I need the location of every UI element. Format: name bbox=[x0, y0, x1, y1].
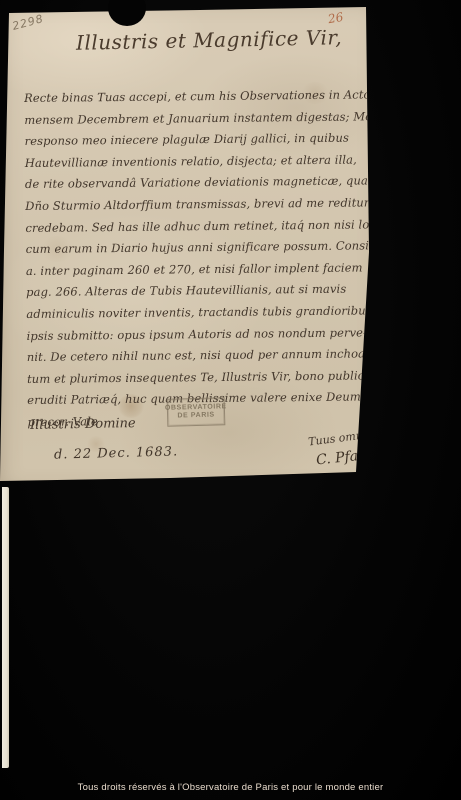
archive-photograph: 2298 26 Illustris et Magnifice Vir, Rect… bbox=[0, 0, 461, 800]
manuscript-line: nit. De cetero nihil nunc est, nisi quod… bbox=[27, 344, 363, 369]
archival-number: 2298 bbox=[11, 12, 45, 33]
manuscript-line: adminiculis noviter inventis, tractandis… bbox=[26, 300, 362, 325]
adjacent-page-edge bbox=[2, 487, 9, 768]
salutation: Illustris et Magnifice Vir, bbox=[76, 25, 343, 55]
manuscript-line: Dño Sturmio Altdorffium transmissas, bre… bbox=[25, 192, 361, 217]
signature: C. Pfautz. bbox=[315, 445, 385, 468]
copyright-caption: Tous droits réservés à l'Observatoire de… bbox=[0, 782, 461, 793]
date-line: d. 22 Dec. 1683. bbox=[54, 444, 178, 462]
stamp-text-line: DE PARIS bbox=[177, 412, 215, 421]
observatoire-de-paris-stamp: OBSERVATOIRE DE PARIS bbox=[167, 397, 226, 427]
closing-address: Illustris Domine bbox=[30, 416, 136, 433]
manuscript-line: Recte binas Tuas accepi, et cum his Obse… bbox=[24, 84, 360, 109]
manuscript-line: cum earum in Diario hujus anni significa… bbox=[26, 236, 362, 261]
letter-page: 2298 26 Illustris et Magnifice Vir, Rect… bbox=[0, 0, 380, 492]
folio-number: 26 bbox=[327, 10, 344, 26]
letter-body: Recte binas Tuas accepi, et cum his Obse… bbox=[24, 84, 364, 433]
